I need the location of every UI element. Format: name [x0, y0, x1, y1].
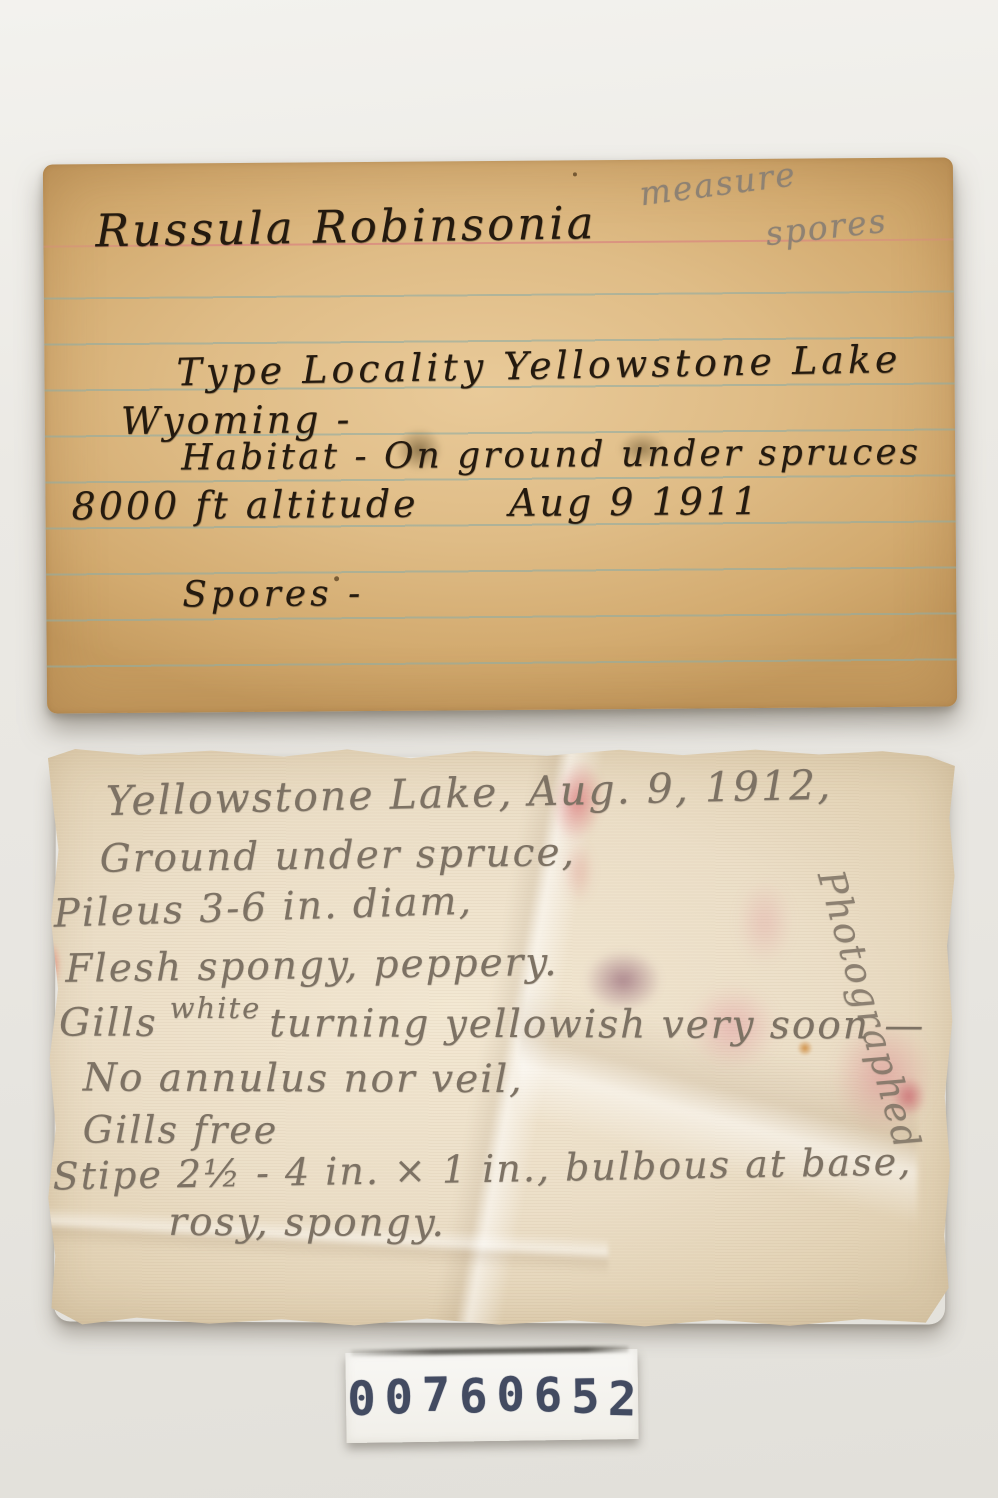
pileus-line: Pileus 3-6 in. diam, [53, 882, 473, 934]
gills-inserted-word: white [170, 994, 262, 1023]
flesh-line: Flesh spongy, peppery. [65, 943, 559, 989]
species-name-handwriting: Russula Robinsonia [95, 200, 597, 253]
pencil-note-measure: measure [638, 157, 799, 210]
label-paper: 00760652 [345, 1349, 638, 1443]
gills-free-line: Gills free [83, 1111, 279, 1150]
spores-line: Spores - [182, 576, 364, 613]
pink-stain [737, 880, 791, 964]
catalog-number: 00760652 [345, 1349, 638, 1443]
gills-color-line: Gillswhiteturning yellowish very soon — [59, 1003, 925, 1045]
rosy-spongy-line: rosy, spongy. [168, 1203, 446, 1243]
paper-speck [573, 172, 577, 176]
wyoming-line: Wyoming - [121, 400, 353, 440]
habitat-line: Habitat - On ground under spruces [181, 435, 921, 477]
gills-line-suffix: turning yellowish very soon — [269, 1001, 925, 1048]
gills-line-prefix: Gills [59, 1000, 158, 1045]
field-note-surface: Yellowstone Lake, Aug. 9, 1912, Ground u… [46, 745, 955, 1328]
ground-spruce-line: Ground under spruce, [99, 833, 576, 879]
pencil-note-spores: spores [764, 204, 889, 251]
index-card: Russula Robinsonia measure spores Type L… [43, 157, 957, 713]
photo-background: Russula Robinsonia measure spores Type L… [0, 0, 998, 1498]
altitude-date-line: 8000 ft altitude Aug 9 1911 [71, 482, 760, 525]
locality-date-line: Yellowstone Lake, Aug. 9, 1912, [105, 765, 832, 822]
catalog-number-label: 00760652 [345, 1349, 638, 1443]
annulus-line: No annulus nor veil, [83, 1059, 524, 1100]
red-stain [43, 941, 61, 987]
field-note-paper: Yellowstone Lake, Aug. 9, 1912, Ground u… [46, 745, 955, 1328]
